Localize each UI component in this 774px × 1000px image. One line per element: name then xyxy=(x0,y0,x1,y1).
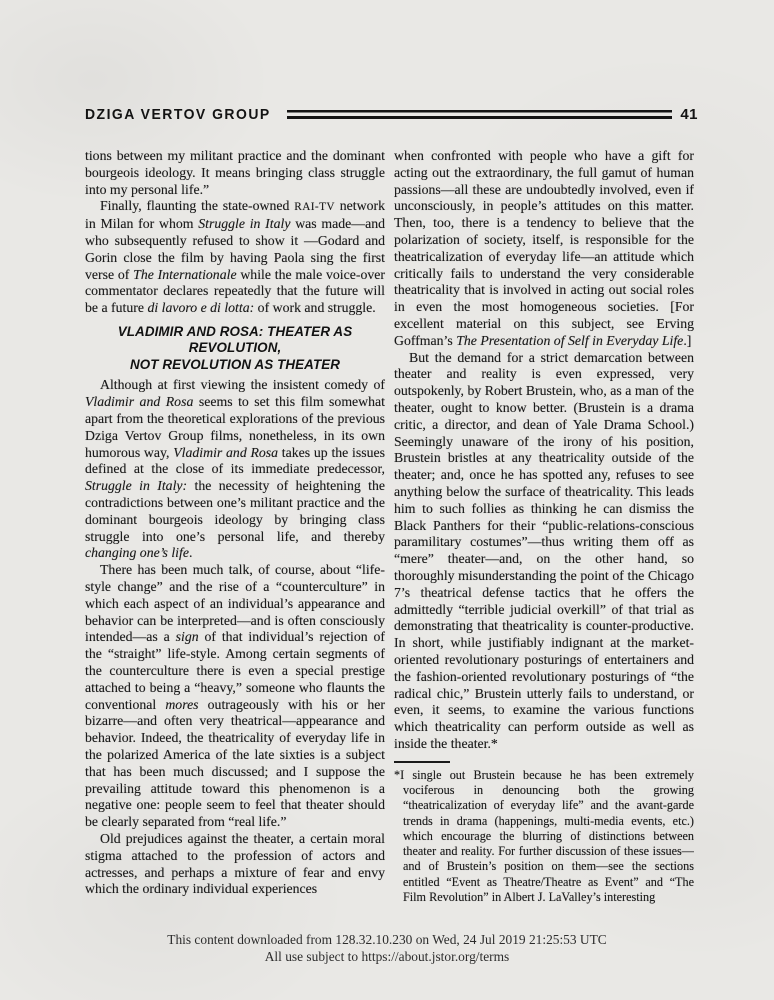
text-run: The Internationale xyxy=(133,267,236,282)
text-run: . xyxy=(189,545,192,560)
text-columns: tions between my militant practice and t… xyxy=(85,148,694,954)
paragraph: There has been much talk, of course, abo… xyxy=(85,562,385,831)
paragraph: Old prejudices against the theater, a ce… xyxy=(85,831,385,898)
text-run: Finally, flaunting the state-owned xyxy=(100,198,294,213)
page-number: 41 xyxy=(680,106,698,123)
text-run: The Presentation of Self in Everyday Lif… xyxy=(456,333,683,348)
text-run: But the demand for a strict demarcation … xyxy=(394,350,694,751)
text-run: of work and struggle. xyxy=(254,300,375,315)
running-head-title: DZIGA VERTOV GROUP xyxy=(85,106,271,123)
scanned-page: DZIGA VERTOV GROUP 41 tions between my m… xyxy=(0,0,774,1000)
jstor-terms-line: All use subject to https://about.jstor.o… xyxy=(0,948,774,965)
header-double-rule xyxy=(287,110,673,119)
text-run: Vladimir and Rosa xyxy=(85,394,193,409)
text-run: changing one’s life xyxy=(85,545,189,560)
paragraph: Finally, flaunting the state-owned RAI-T… xyxy=(85,198,385,317)
section-heading-line: VLADIMIR AND ROSA: THEATER AS REVOLUTION… xyxy=(85,324,385,357)
text-run: Struggle in Italy: xyxy=(85,478,187,493)
paragraph: when confronted with people who have a g… xyxy=(394,148,694,350)
paragraph: But the demand for a strict demarcation … xyxy=(394,350,694,753)
text-run: outrageously with his or her bizarre—and… xyxy=(85,697,385,830)
text-run: sign xyxy=(176,629,199,644)
section-heading-line: NOT REVOLUTION AS THEATER xyxy=(85,357,385,374)
text-run: Struggle in Italy xyxy=(198,216,290,231)
text-run: Although at first viewing the insistent … xyxy=(100,377,385,392)
running-head: DZIGA VERTOV GROUP 41 xyxy=(85,106,698,123)
text-run: .] xyxy=(683,333,691,348)
footnote-text: *I single out Brustein because he has be… xyxy=(394,768,694,906)
section-heading: VLADIMIR AND ROSA: THEATER AS REVOLUTION… xyxy=(85,324,385,374)
text-run: di lavoro e di lotta: xyxy=(147,300,254,315)
jstor-download-line: This content downloaded from 128.32.10.2… xyxy=(0,931,774,948)
text-run: tions between my militant practice and t… xyxy=(85,148,385,197)
text-run: *I single out Brustein because he has be… xyxy=(394,768,694,904)
text-column-right: when confronted with people who have a g… xyxy=(394,148,694,954)
text-run: Vladimir and Rosa xyxy=(173,445,278,460)
jstor-footer: This content downloaded from 128.32.10.2… xyxy=(0,931,774,965)
text-run: Old prejudices against the theater, a ce… xyxy=(85,831,385,896)
paragraph: tions between my militant practice and t… xyxy=(85,148,385,198)
text-run: mores xyxy=(165,697,198,712)
text-run: when confronted with people who have a g… xyxy=(394,148,694,348)
text-column-left: tions between my militant practice and t… xyxy=(85,148,385,954)
footnote-rule xyxy=(394,761,450,763)
paragraph: Although at first viewing the insistent … xyxy=(85,377,385,562)
text-run: RAI-TV xyxy=(294,201,335,213)
